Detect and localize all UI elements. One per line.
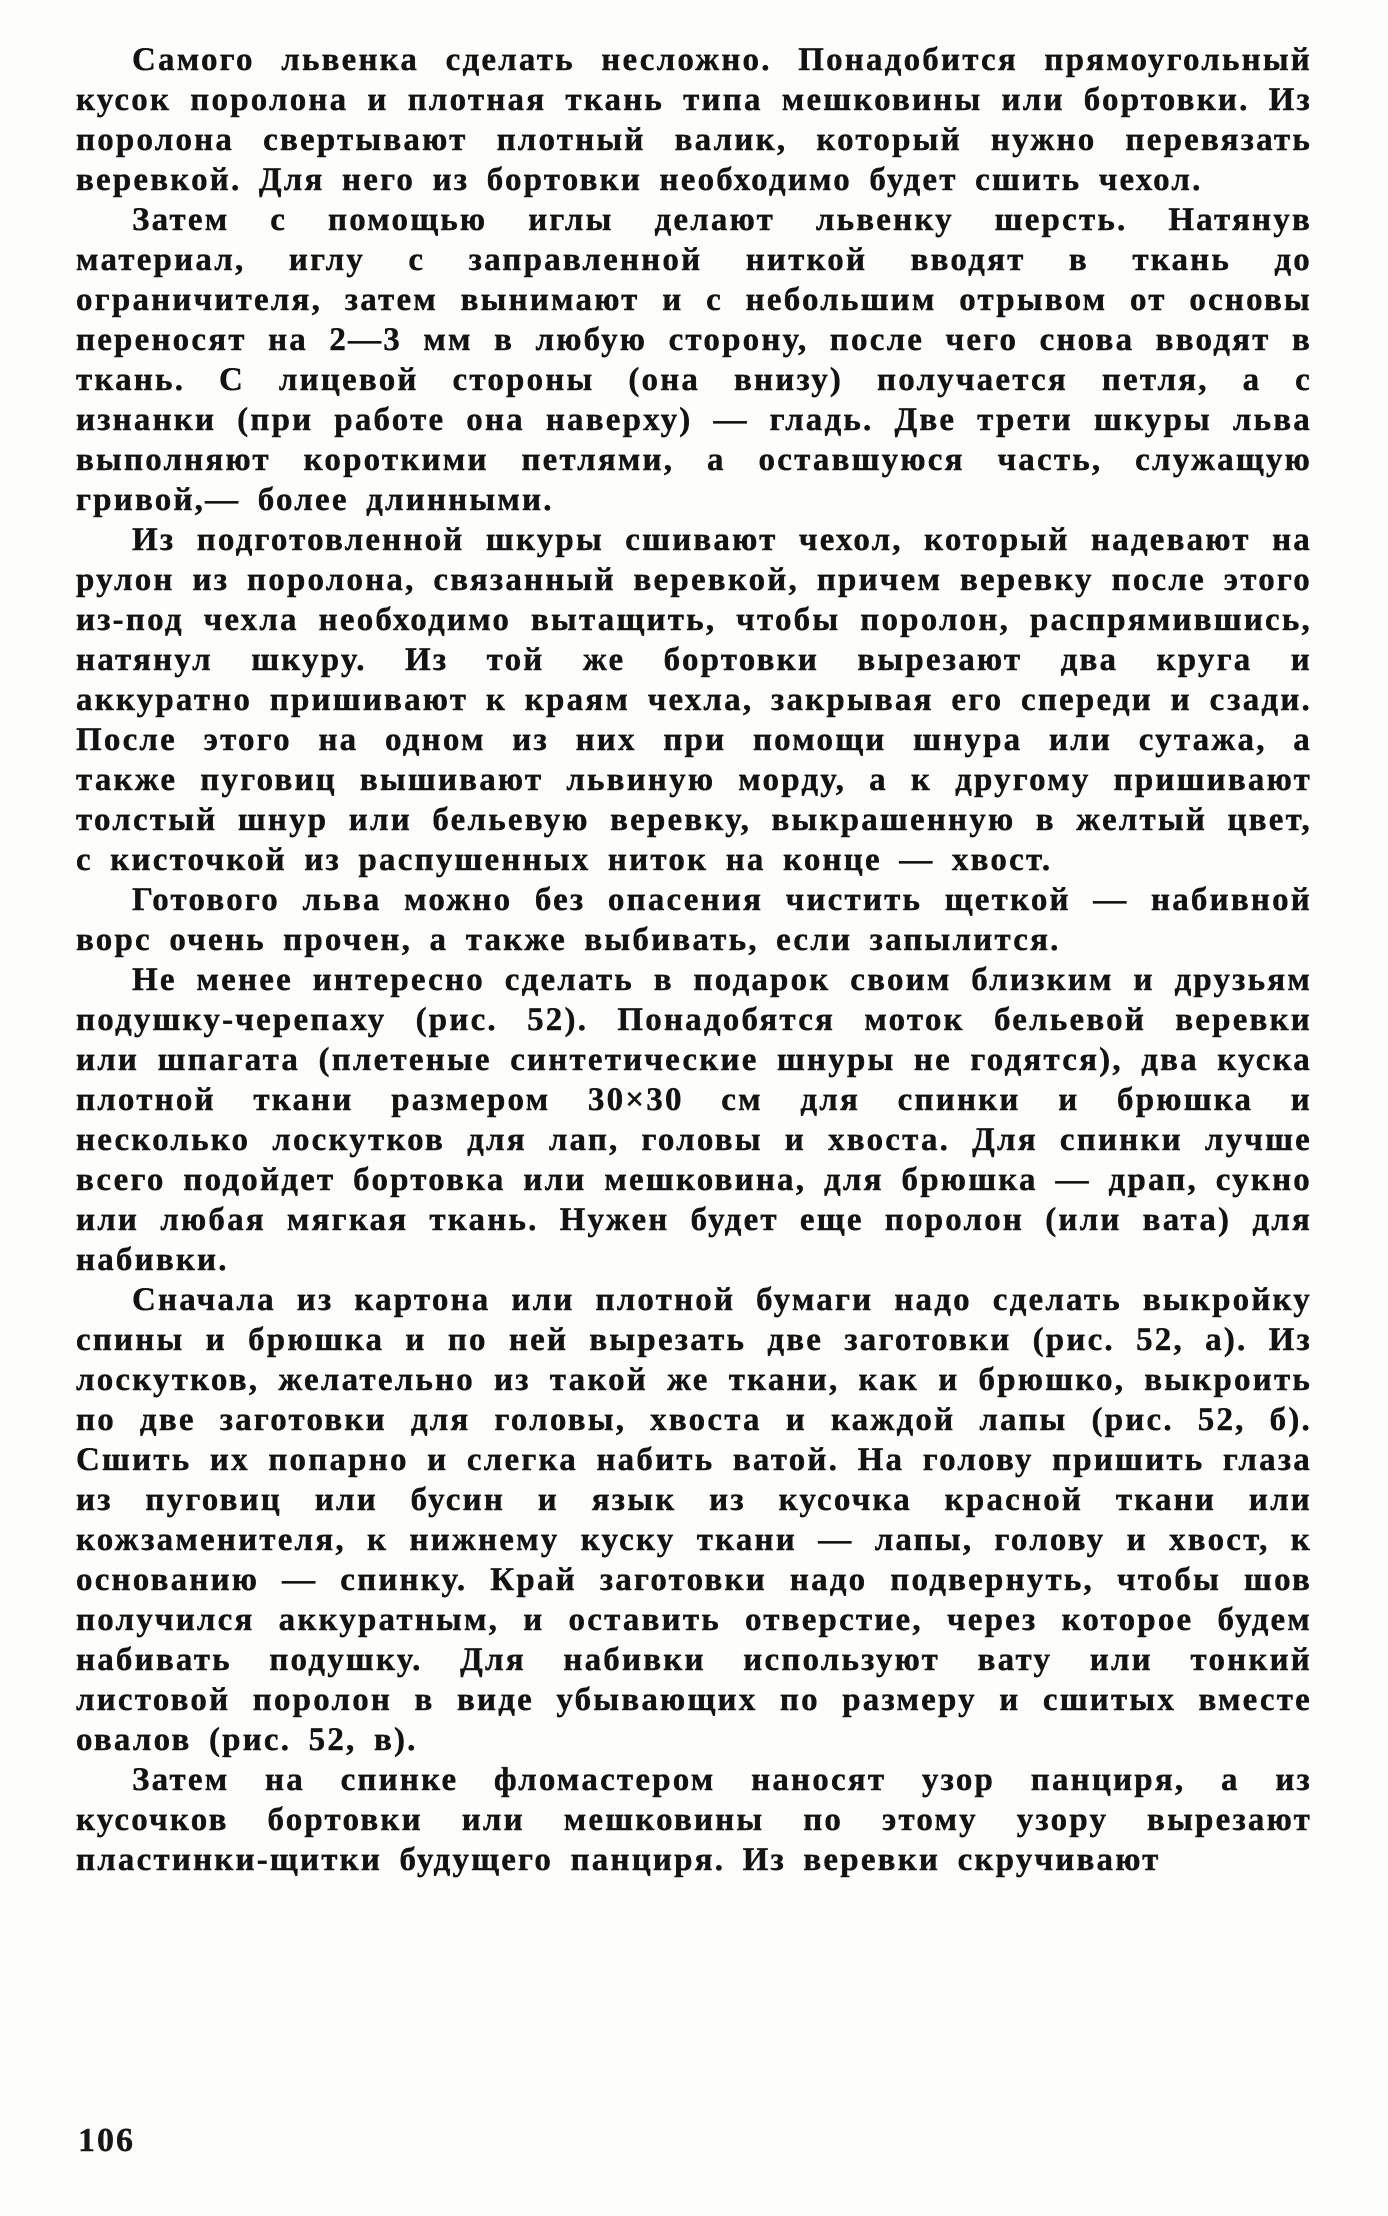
paragraph-1: Самого львенка сделать несложно. Понадоб… xyxy=(76,40,1312,200)
paragraph-2: Затем с помощью иглы делают львенку шерс… xyxy=(76,200,1312,520)
paragraph-5: Не менее интересно сделать в подарок сво… xyxy=(76,960,1312,1280)
paragraph-4: Готового льва можно без опасения чистить… xyxy=(76,880,1312,960)
paragraph-3: Из подготовленной шкуры сшивают чехол, к… xyxy=(76,520,1312,880)
paragraph-6: Сначала из картона или плотной бумаги на… xyxy=(76,1280,1312,1760)
page-number: 106 xyxy=(78,2122,135,2160)
paragraph-7: Затем на спинке фломастером наносят узор… xyxy=(76,1760,1312,1880)
book-page-scan: Самого львенка сделать несложно. Понадоб… xyxy=(0,0,1388,2216)
text-column: Самого львенка сделать несложно. Понадоб… xyxy=(76,40,1312,1880)
